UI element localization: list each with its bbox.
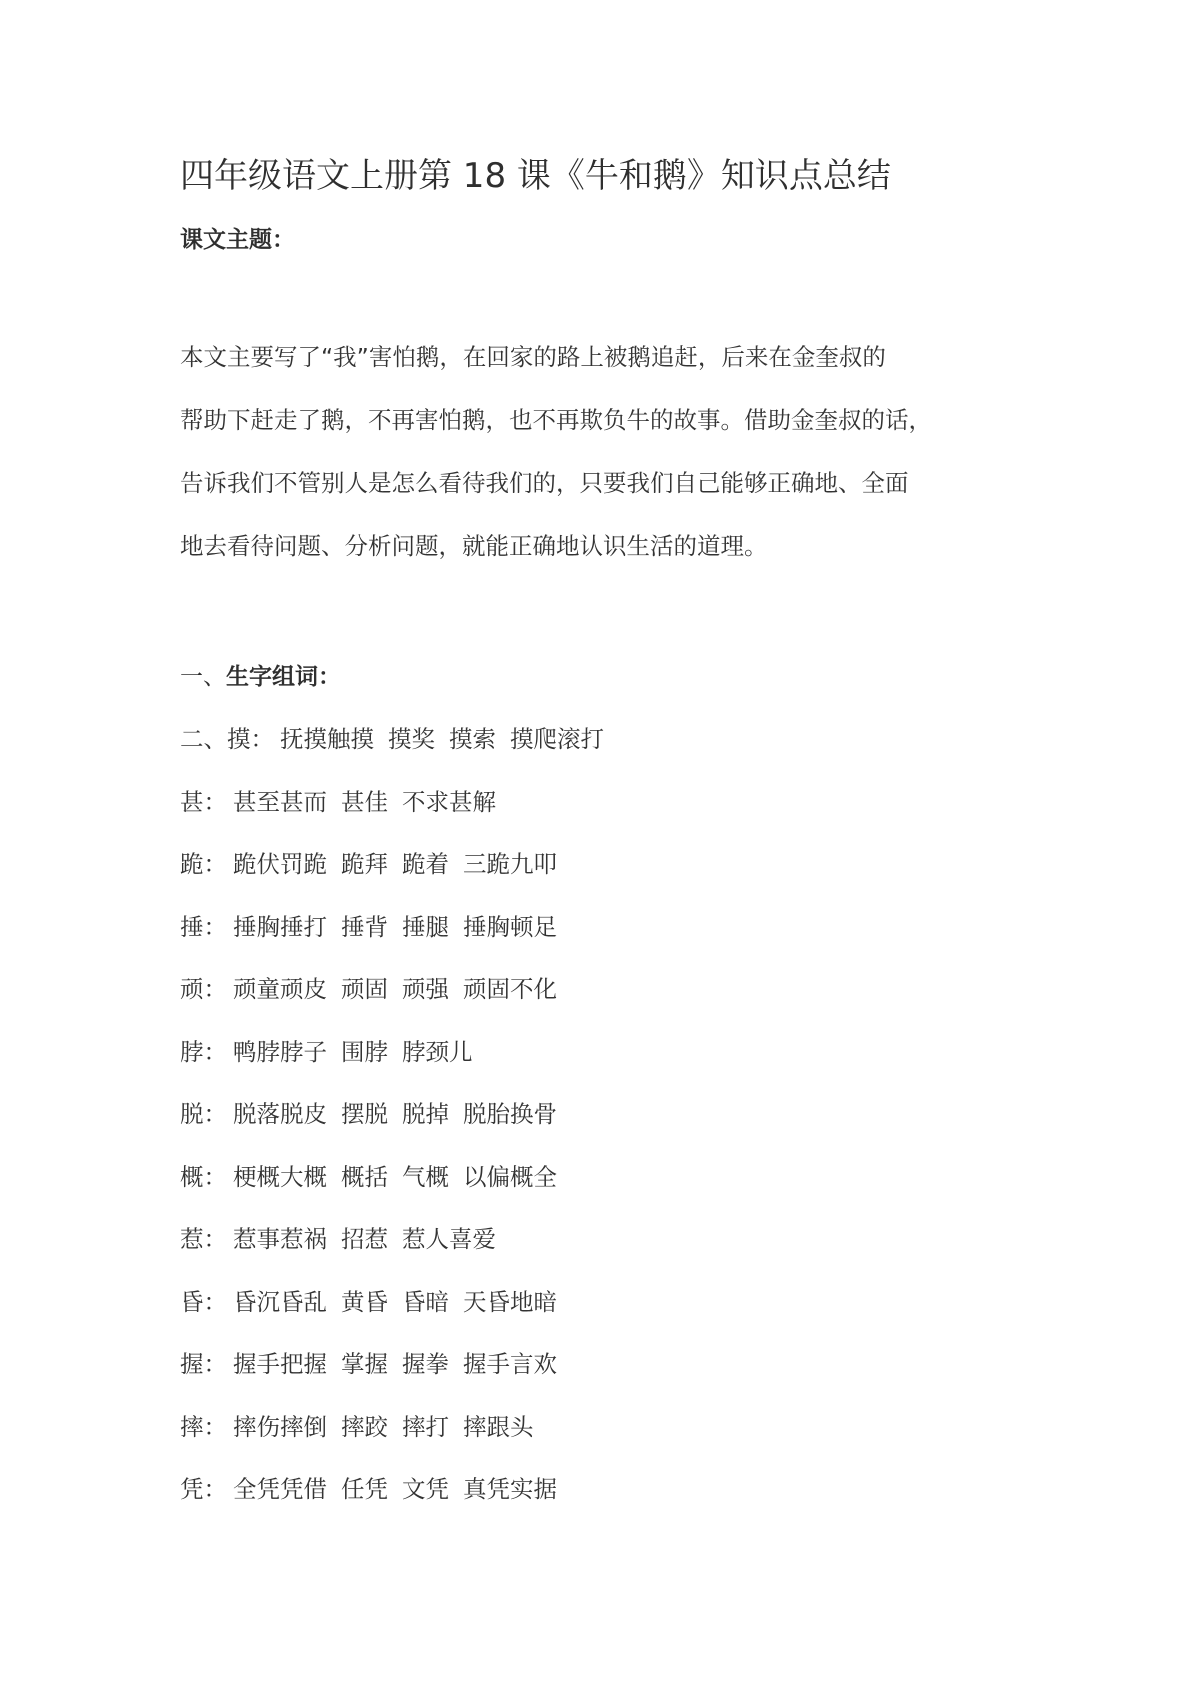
vocab-word: 摸索 bbox=[449, 725, 496, 753]
vocab-character: 脖 bbox=[180, 1038, 204, 1066]
vocab-word: 黄昏 bbox=[341, 1288, 388, 1316]
vocab-word: 握手言欢 bbox=[463, 1350, 557, 1378]
vocab-word: 顽固 bbox=[341, 975, 388, 1003]
separator: ： bbox=[204, 913, 228, 941]
separator: ： bbox=[204, 788, 228, 816]
vocab-word: 握拳 bbox=[402, 1350, 449, 1378]
vocab-word: 全凭凭借 bbox=[233, 1475, 327, 1503]
vocab-row: 顽：顽童顽皮顽固顽强顽固不化 bbox=[180, 972, 618, 1035]
vocab-word: 摔伤摔倒 bbox=[233, 1413, 327, 1441]
vocab-row: 甚：甚至甚而甚佳不求甚解 bbox=[180, 785, 618, 848]
vocab-word: 脱掉 bbox=[402, 1100, 449, 1128]
vocab-word: 招惹 bbox=[341, 1225, 388, 1253]
vocab-word: 脱落脱皮 bbox=[233, 1100, 327, 1128]
vocab-word: 捶背 bbox=[341, 913, 388, 941]
vocab-row: 惹：惹事惹祸招惹惹人喜爱 bbox=[180, 1222, 618, 1285]
vocab-character: 昏 bbox=[180, 1288, 204, 1316]
vocab-word: 气概 bbox=[402, 1163, 449, 1191]
section-title: 生字组词： bbox=[226, 664, 341, 690]
vocab-character: 惹 bbox=[180, 1225, 204, 1253]
vocab-word: 脱胎换骨 bbox=[463, 1100, 557, 1128]
vocab-character: 摔 bbox=[180, 1413, 204, 1441]
section-number: 一、 bbox=[180, 664, 226, 690]
vocab-word: 文凭 bbox=[402, 1475, 449, 1503]
vocab-word: 摔跟头 bbox=[463, 1413, 534, 1441]
vocab-word: 昏沉昏乱 bbox=[233, 1288, 327, 1316]
vocab-character: 凭 bbox=[180, 1475, 204, 1503]
vocab-word: 摔打 bbox=[402, 1413, 449, 1441]
vocab-character: 脱 bbox=[180, 1100, 204, 1128]
vocab-word: 惹人喜爱 bbox=[402, 1225, 496, 1253]
vocab-word: 掌握 bbox=[341, 1350, 388, 1378]
vocab-word: 摆脱 bbox=[341, 1100, 388, 1128]
vocab-character: 握 bbox=[180, 1350, 204, 1378]
vocab-word: 摸奖 bbox=[388, 725, 435, 753]
vocab-word: 任凭 bbox=[341, 1475, 388, 1503]
vocab-word: 顽固不化 bbox=[463, 975, 557, 1003]
vocab-character: 概 bbox=[180, 1163, 204, 1191]
vocab-section-heading: 一、生字组词： bbox=[180, 660, 341, 694]
separator: ： bbox=[204, 850, 228, 878]
vocab-row: 凭：全凭凭借任凭文凭真凭实据 bbox=[180, 1472, 618, 1535]
vocab-word: 捶胸顿足 bbox=[463, 913, 557, 941]
vocab-row: 昏：昏沉昏乱黄昏昏暗天昏地暗 bbox=[180, 1285, 618, 1348]
vocab-row: 二、摸：抚摸触摸摸奖摸索摸爬滚打 bbox=[180, 722, 618, 785]
vocab-word: 摔跤 bbox=[341, 1413, 388, 1441]
vocab-word: 围脖 bbox=[341, 1038, 388, 1066]
vocab-word: 惹事惹祸 bbox=[233, 1225, 327, 1253]
vocab-word: 甚至甚而 bbox=[233, 788, 327, 816]
vocab-word: 跪拜 bbox=[341, 850, 388, 878]
separator: ： bbox=[204, 1163, 228, 1191]
theme-heading: 课文主题： bbox=[180, 223, 295, 257]
vocab-word: 跪伏罚跪 bbox=[233, 850, 327, 878]
vocab-word: 以偏概全 bbox=[463, 1163, 557, 1191]
paragraph-line: 地去看待问题、分析问题，就能正确地认识生活的道理。 bbox=[180, 529, 1010, 592]
document-title: 四年级语文上册第 18 课《牛和鹅》知识点总结 bbox=[180, 152, 891, 200]
vocab-word: 顽童顽皮 bbox=[233, 975, 327, 1003]
vocab-word: 捶腿 bbox=[402, 913, 449, 941]
vocab-row: 跪：跪伏罚跪跪拜跪着三跪九叩 bbox=[180, 847, 618, 910]
vocab-word: 脖颈儿 bbox=[402, 1038, 473, 1066]
row-prefix: 二、 bbox=[180, 725, 227, 753]
vocab-word: 顽强 bbox=[402, 975, 449, 1003]
vocab-word: 摸爬滚打 bbox=[510, 725, 604, 753]
vocab-character: 捶 bbox=[180, 913, 204, 941]
separator: ： bbox=[204, 1288, 228, 1316]
vocab-list: 二、摸：抚摸触摸摸奖摸索摸爬滚打甚：甚至甚而甚佳不求甚解跪：跪伏罚跪跪拜跪着三跪… bbox=[180, 722, 618, 1535]
separator: ： bbox=[204, 1038, 228, 1066]
vocab-word: 不求甚解 bbox=[402, 788, 496, 816]
vocab-word: 抚摸触摸 bbox=[280, 725, 374, 753]
vocab-row: 捶：捶胸捶打捶背捶腿捶胸顿足 bbox=[180, 910, 618, 973]
separator: ： bbox=[204, 1225, 228, 1253]
vocab-word: 跪着 bbox=[402, 850, 449, 878]
theme-paragraph: 本文主要写了“我”害怕鹅，在回家的路上被鹅追赶，后来在金奎叔的 帮助下赶走了鹅，… bbox=[180, 340, 1010, 592]
paragraph-line: 告诉我们不管别人是怎么看待我们的，只要我们自己能够正确地、全面 bbox=[180, 466, 1010, 529]
separator: ： bbox=[204, 975, 228, 1003]
vocab-word: 握手把握 bbox=[233, 1350, 327, 1378]
vocab-word: 昏暗 bbox=[402, 1288, 449, 1316]
vocab-word: 概括 bbox=[341, 1163, 388, 1191]
vocab-row: 脱：脱落脱皮摆脱脱掉脱胎换骨 bbox=[180, 1097, 618, 1160]
separator: ： bbox=[204, 1350, 228, 1378]
vocab-word: 甚佳 bbox=[341, 788, 388, 816]
vocab-row: 概：梗概大概概括气概以偏概全 bbox=[180, 1160, 618, 1223]
vocab-word: 鸭脖脖子 bbox=[233, 1038, 327, 1066]
vocab-character: 甚 bbox=[180, 788, 204, 816]
separator: ： bbox=[204, 1413, 228, 1441]
vocab-row: 握：握手把握掌握握拳握手言欢 bbox=[180, 1347, 618, 1410]
paragraph-line: 帮助下赶走了鹅，不再害怕鹅，也不再欺负牛的故事。借助金奎叔的话， bbox=[180, 403, 1010, 466]
paragraph-line: 本文主要写了“我”害怕鹅，在回家的路上被鹅追赶，后来在金奎叔的 bbox=[180, 340, 1010, 403]
vocab-word: 天昏地暗 bbox=[463, 1288, 557, 1316]
vocab-word: 真凭实据 bbox=[463, 1475, 557, 1503]
separator: ： bbox=[204, 1100, 228, 1128]
vocab-word: 梗概大概 bbox=[233, 1163, 327, 1191]
separator: ： bbox=[251, 725, 275, 753]
vocab-word: 三跪九叩 bbox=[463, 850, 557, 878]
vocab-character: 摸 bbox=[227, 725, 251, 753]
vocab-word: 捶胸捶打 bbox=[233, 913, 327, 941]
vocab-character: 顽 bbox=[180, 975, 204, 1003]
vocab-character: 跪 bbox=[180, 850, 204, 878]
separator: ： bbox=[204, 1475, 228, 1503]
vocab-row: 脖：鸭脖脖子围脖脖颈儿 bbox=[180, 1035, 618, 1098]
vocab-row: 摔：摔伤摔倒摔跤摔打摔跟头 bbox=[180, 1410, 618, 1473]
